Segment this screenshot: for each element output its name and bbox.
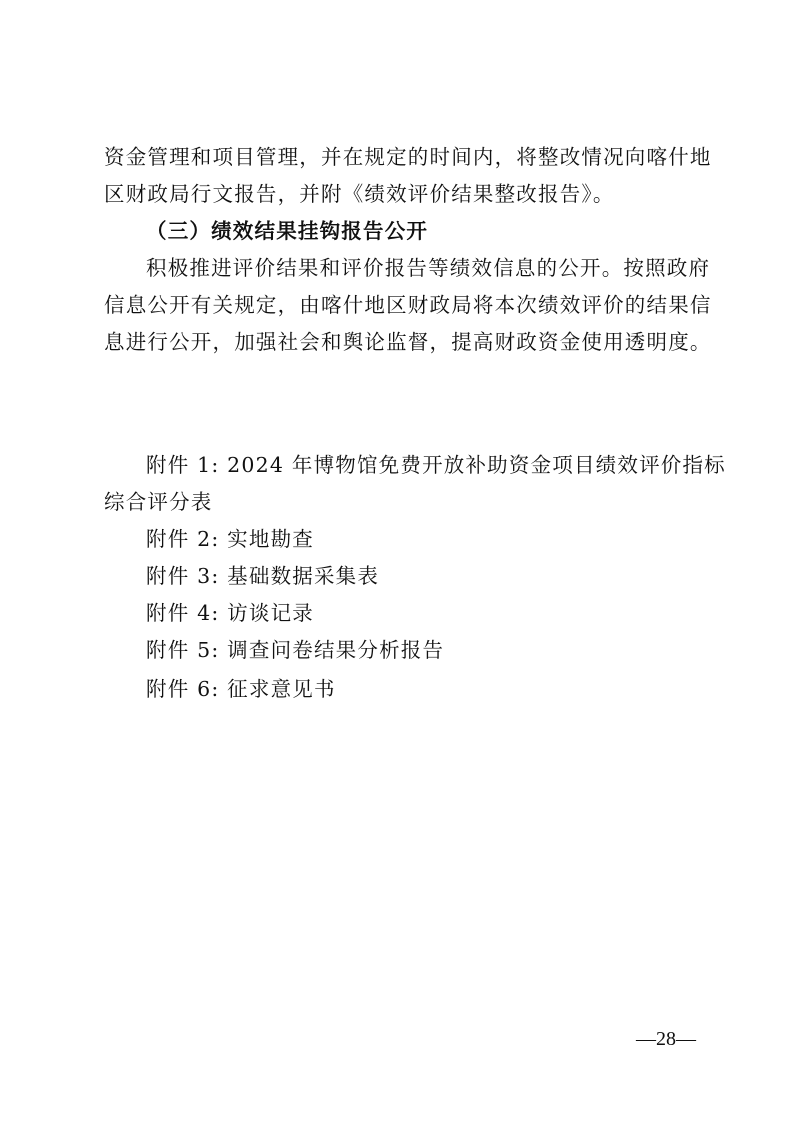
attachment-item-1-continued: 综合评分表 <box>104 487 213 517</box>
attachment-item-4: 附件 4: 访谈记录 <box>146 598 314 628</box>
section-heading: （三）绩效结果挂钩报告公开 <box>146 216 428 246</box>
body-text-line: 资金管理和项目管理，并在规定的时间内，将整改情况向喀什地 <box>104 142 712 172</box>
body-text-line: 息进行公开，加强社会和舆论监督，提高财政资金使用透明度。 <box>104 327 712 357</box>
body-text-line: 区财政局行文报告，并附《绩效评价结果整改报告》。 <box>104 179 615 209</box>
attachment-item-6: 附件 6: 征求意见书 <box>146 674 336 704</box>
attachment-item-5: 附件 5: 调查问卷结果分析报告 <box>146 635 444 665</box>
body-text-line: 信息公开有关规定，由喀什地区财政局将本次绩效评价的结果信 <box>104 290 712 320</box>
attachment-item-2: 附件 2: 实地勘查 <box>146 524 314 554</box>
attachment-item-1: 附件 1: 2024 年博物馆免费开放补助资金项目绩效评价指标 <box>146 450 726 480</box>
page-number: —28— <box>636 1028 696 1051</box>
attachment-item-3: 附件 3: 基础数据采集表 <box>146 561 379 591</box>
body-text-line: 积极推进评价结果和评价报告等绩效信息的公开。按照政府 <box>146 253 710 283</box>
